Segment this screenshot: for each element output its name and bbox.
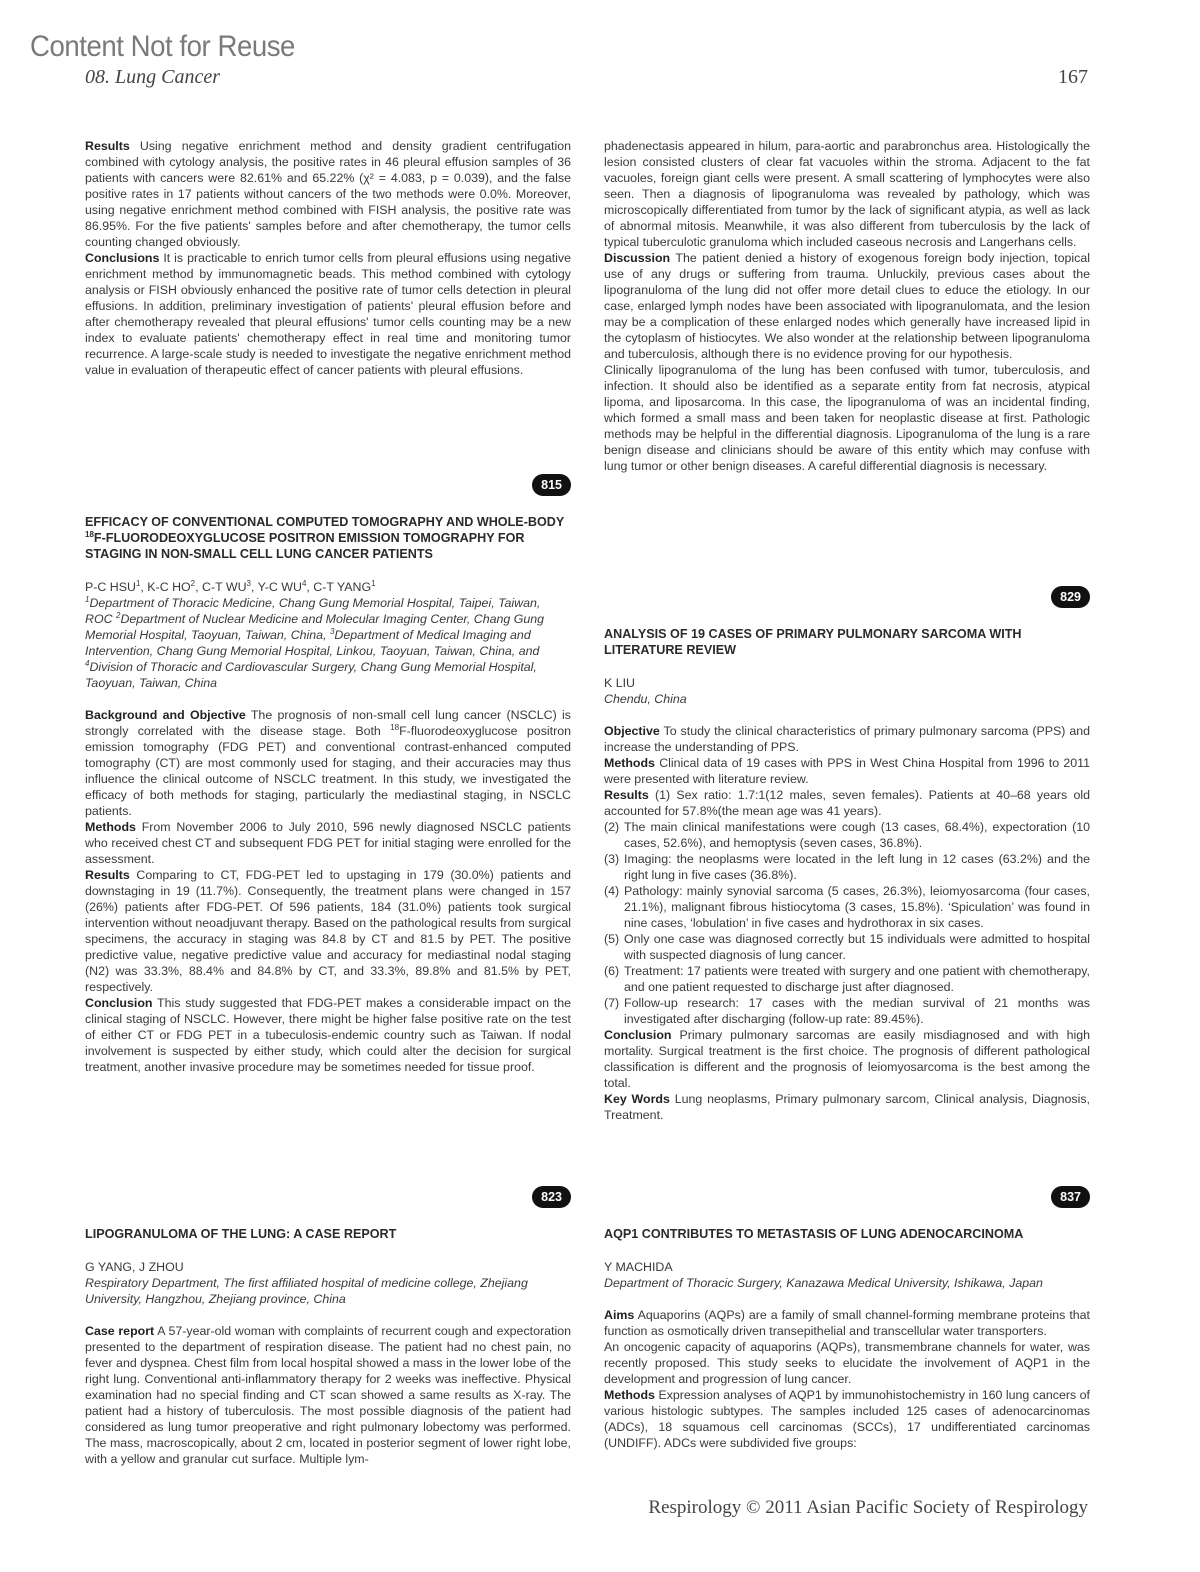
affiliations: 1Department of Thoracic Medicine, Chang … — [85, 595, 571, 691]
abstract-body: Aims Aquaporins (AQPs) are a family of s… — [604, 1307, 1090, 1451]
aims-paragraph: Aims Aquaporins (AQPs) are a family of s… — [604, 1307, 1090, 1339]
abstract-title: LIPOGRANULOMA OF THE LUNG: A CASE REPORT — [85, 1226, 571, 1242]
abstract-title: ANALYSIS OF 19 CASES OF PRIMARY PULMONAR… — [604, 626, 1090, 658]
abstract-title: AQP1 CONTRIBUTES TO METASTASIS OF LUNG A… — [604, 1226, 1090, 1242]
affiliation: Chendu, China — [604, 691, 1090, 707]
abstract-number-badge: 823 — [532, 1186, 571, 1208]
abstract-823: 823 LIPOGRANULOMA OF THE LUNG: A CASE RE… — [85, 1186, 571, 1467]
methods-paragraph: Methods Clinical data of 19 cases with P… — [604, 755, 1090, 787]
aims-paragraph-2: An oncogenic capacity of aquaporins (AQP… — [604, 1339, 1090, 1387]
list-item: (5)Only one case was diagnosed correctly… — [604, 931, 1090, 963]
abstract-number-badge: 815 — [532, 474, 571, 496]
results-label: Results — [85, 139, 130, 153]
discussion-paragraph: Discussion The patient denied a history … — [604, 250, 1090, 362]
abstract-829: 829 ANALYSIS OF 19 CASES OF PRIMARY PULM… — [604, 586, 1090, 1123]
author-list: K LIU — [604, 675, 1090, 691]
affiliation: Respiratory Department, The first affili… — [85, 1275, 571, 1307]
results-paragraph: Results (1) Sex ratio: 1.7:1(12 males, s… — [604, 787, 1090, 819]
author-list: P-C HSU1, K-C HO2, C-T WU3, Y-C WU4, C-T… — [85, 579, 571, 595]
abstract-title: EFFICACY OF CONVENTIONAL COMPUTED TOMOGR… — [85, 514, 571, 562]
author-list: Y MACHIDA — [604, 1259, 1090, 1275]
list-item: (3)Imaging: the neoplasms were located i… — [604, 851, 1090, 883]
results-text: Using negative enrichment method and den… — [85, 139, 571, 249]
conclusions-paragraph: Conclusions It is practicable to enrich … — [85, 250, 571, 378]
journal-footer: Respirology © 2011 Asian Pacific Society… — [648, 1497, 1088, 1519]
abstract-837: 837 AQP1 CONTRIBUTES TO METASTASIS OF LU… — [604, 1186, 1090, 1451]
case-report-paragraph: Case report A 57-year-old woman with com… — [85, 1323, 571, 1467]
methods-paragraph: Methods Expression analyses of AQP1 by i… — [604, 1387, 1090, 1451]
abstract-number-badge: 829 — [1051, 586, 1090, 608]
results-list: (2)The main clinical manifestations were… — [604, 819, 1090, 1027]
conclusions-text: It is practicable to enrich tumor cells … — [85, 251, 571, 377]
abstract-body: Objective To study the clinical characte… — [604, 723, 1090, 1123]
conclusions-label: Conclusions — [85, 251, 159, 265]
abstract-body: Case report A 57-year-old woman with com… — [85, 1323, 571, 1467]
results-paragraph: Results Using negative enrichment method… — [85, 138, 571, 250]
list-item: (7)Follow-up research: 17 cases with the… — [604, 995, 1090, 1027]
background-paragraph: Background and Objective The prognosis o… — [85, 707, 571, 819]
case-report-continued: phadenectasis appeared in hilum, para-ao… — [604, 138, 1090, 250]
list-item: (2)The main clinical manifestations were… — [604, 819, 1090, 851]
conclusion-paragraph: Conclusion This study suggested that FDG… — [85, 995, 571, 1075]
keywords-paragraph: Key Words Lung neoplasms, Primary pulmon… — [604, 1091, 1090, 1123]
author-list: G YANG, J ZHOU — [85, 1259, 571, 1275]
objective-paragraph: Objective To study the clinical characte… — [604, 723, 1090, 755]
section-heading: 08. Lung Cancer — [85, 66, 220, 89]
abstract-number-badge: 837 — [1051, 1186, 1090, 1208]
methods-paragraph: Methods From November 2006 to July 2010,… — [85, 819, 571, 867]
clinical-paragraph: Clinically lipogranuloma of the lung has… — [604, 362, 1090, 474]
abstract-body: Background and Objective The prognosis o… — [85, 707, 571, 1075]
left-column-continuation: Results Using negative enrichment method… — [85, 138, 571, 378]
list-item: (4)Pathology: mainly synovial sarcoma (5… — [604, 883, 1090, 931]
watermark: Content Not for Reuse — [30, 30, 295, 64]
results-paragraph: Results Comparing to CT, FDG-PET led to … — [85, 867, 571, 995]
page-number: 167 — [1058, 66, 1088, 89]
affiliation: Department of Thoracic Surgery, Kanazawa… — [604, 1275, 1090, 1291]
abstract-815: 815 EFFICACY OF CONVENTIONAL COMPUTED TO… — [85, 474, 571, 1075]
abstract-823-continued: phadenectasis appeared in hilum, para-ao… — [604, 138, 1090, 474]
list-item: (6)Treatment: 17 patients were treated w… — [604, 963, 1090, 995]
conclusion-paragraph: Conclusion Primary pulmonary sarcomas ar… — [604, 1027, 1090, 1091]
